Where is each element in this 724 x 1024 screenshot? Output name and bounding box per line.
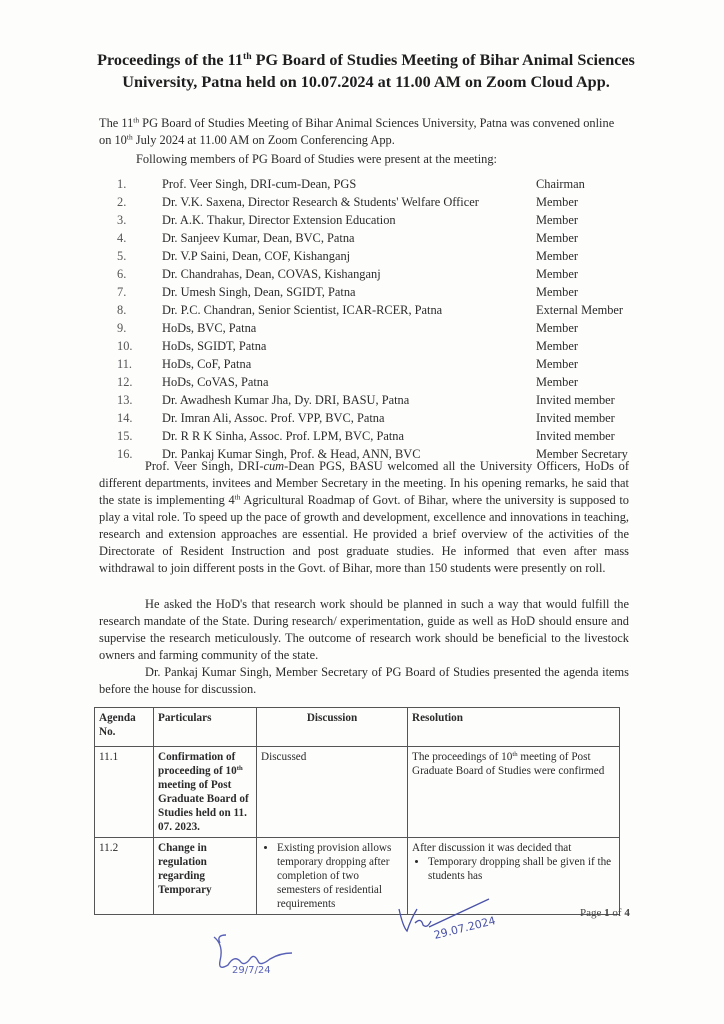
member-name: Dr. Awadhesh Kumar Jha, Dy. DRI, BASU, P… <box>162 391 409 409</box>
member-row: 11.HoDs, CoF, PatnaMember <box>0 355 724 373</box>
table-row: 11.1 Confirmation of proceeding of 10th … <box>95 747 620 838</box>
discussion: Discussed <box>257 747 408 838</box>
resolution-bullet: Temporary dropping shall be given if the… <box>428 855 615 883</box>
member-role: Member <box>536 265 578 283</box>
signature-right: 29.07.2024 <box>395 895 525 950</box>
table-header-row: Agenda No. Particulars Discussion Resolu… <box>95 708 620 747</box>
member-role: Chairman <box>536 175 585 193</box>
research-paragraph: He asked the HoD's that research work sh… <box>99 596 629 664</box>
member-name: Prof. Veer Singh, DRI-cum-Dean, PGS <box>162 175 356 193</box>
member-row: 3.Dr. A.K. Thakur, Director Extension Ed… <box>0 211 724 229</box>
member-number: 12. <box>117 373 133 391</box>
members-intro: Following members of PG Board of Studies… <box>136 151 497 168</box>
member-number: 15. <box>117 427 133 445</box>
member-name: HoDs, CoVAS, Patna <box>162 373 268 391</box>
member-name: Dr. V.P Saini, Dean, COF, Kishanganj <box>162 247 350 265</box>
agenda-no: 11.2 <box>95 838 154 915</box>
resolution-intro: After discussion it was decided that <box>412 841 615 855</box>
member-role: Invited member <box>536 391 615 409</box>
svg-text:29/7/24: 29/7/24 <box>232 965 271 976</box>
discussion: Existing provision allows temporary drop… <box>257 838 408 915</box>
member-number: 10. <box>117 337 133 355</box>
member-number: 13. <box>117 391 133 409</box>
particulars: Change in regulation regarding Temporary <box>154 838 257 915</box>
member-number: 6. <box>117 265 126 283</box>
page-number: Page 1 of 4 <box>580 907 630 919</box>
member-row: 10.HoDs, SGIDT, PatnaMember <box>0 337 724 355</box>
document-page: Proceedings of the 11th PG Board of Stud… <box>0 0 724 1024</box>
table-row: 11.2 Change in regulation regarding Temp… <box>95 838 620 915</box>
member-number: 14. <box>117 409 133 427</box>
member-name: Dr. A.K. Thakur, Director Extension Educ… <box>162 211 396 229</box>
member-name: Dr. Imran Ali, Assoc. Prof. VPP, BVC, Pa… <box>162 409 384 427</box>
member-row: 7.Dr. Umesh Singh, Dean, SGIDT, PatnaMem… <box>0 283 724 301</box>
member-number: 1. <box>117 175 126 193</box>
member-row: 1.Prof. Veer Singh, DRI-cum-Dean, PGSCha… <box>0 175 724 193</box>
member-role: Member <box>536 355 578 373</box>
member-name: HoDs, CoF, Patna <box>162 355 251 373</box>
member-name: HoDs, SGIDT, Patna <box>162 337 266 355</box>
member-number: 5. <box>117 247 126 265</box>
member-number: 2. <box>117 193 126 211</box>
member-number: 3. <box>117 211 126 229</box>
member-role: External Member <box>536 301 623 319</box>
member-number: 8. <box>117 301 126 319</box>
header-resolution: Resolution <box>408 708 620 747</box>
header-particulars: Particulars <box>154 708 257 747</box>
member-row: 15.Dr. R R K Sinha, Assoc. Prof. LPM, BV… <box>0 427 724 445</box>
member-number: 11. <box>117 355 132 373</box>
welcome-paragraph: Prof. Veer Singh, DRI-cum-Dean PGS, BASU… <box>99 458 629 577</box>
member-role: Member <box>536 283 578 301</box>
member-role: Invited member <box>536 427 615 445</box>
agenda-no: 11.1 <box>95 747 154 838</box>
member-row: 6.Dr. Chandrahas, Dean, COVAS, Kishangan… <box>0 265 724 283</box>
agenda-table: Agenda No. Particulars Discussion Resolu… <box>94 707 620 915</box>
member-role: Invited member <box>536 409 615 427</box>
signature-left: 29/7/24 <box>200 925 310 985</box>
agenda-intro-paragraph: Dr. Pankaj Kumar Singh, Member Secretary… <box>99 664 629 698</box>
member-number: 7. <box>117 283 126 301</box>
member-role: Member <box>536 373 578 391</box>
member-role: Member <box>536 247 578 265</box>
intro-paragraph: The 11th PG Board of Studies Meeting of … <box>99 115 629 149</box>
document-title: Proceedings of the 11th PG Board of Stud… <box>96 49 636 93</box>
particulars: Confirmation of proceeding of 10th meeti… <box>154 747 257 838</box>
header-agenda-no: Agenda No. <box>95 708 154 747</box>
member-role: Member <box>536 319 578 337</box>
member-name: Dr. Chandrahas, Dean, COVAS, Kishanganj <box>162 265 381 283</box>
member-name: Dr. Sanjeev Kumar, Dean, BVC, Patna <box>162 229 355 247</box>
member-role: Member <box>536 193 578 211</box>
member-row: 9.HoDs, BVC, PatnaMember <box>0 319 724 337</box>
member-row: 4.Dr. Sanjeev Kumar, Dean, BVC, PatnaMem… <box>0 229 724 247</box>
resolution: The proceedings of 10th meeting of Post … <box>408 747 620 838</box>
member-name: Dr. Umesh Singh, Dean, SGIDT, Patna <box>162 283 356 301</box>
member-number: 4. <box>117 229 126 247</box>
member-row: 5.Dr. V.P Saini, Dean, COF, KishanganjMe… <box>0 247 724 265</box>
member-role: Member <box>536 229 578 247</box>
header-discussion: Discussion <box>257 708 408 747</box>
member-role: Member <box>536 337 578 355</box>
member-name: Dr. P.C. Chandran, Senior Scientist, ICA… <box>162 301 442 319</box>
member-role: Member <box>536 211 578 229</box>
member-row: 12.HoDs, CoVAS, PatnaMember <box>0 373 724 391</box>
member-row: 2.Dr. V.K. Saxena, Director Research & S… <box>0 193 724 211</box>
svg-text:29.07.2024: 29.07.2024 <box>433 914 497 942</box>
member-row: 8.Dr. P.C. Chandran, Senior Scientist, I… <box>0 301 724 319</box>
member-name: Dr. V.K. Saxena, Director Research & Stu… <box>162 193 479 211</box>
member-name: Dr. R R K Sinha, Assoc. Prof. LPM, BVC, … <box>162 427 404 445</box>
member-name: HoDs, BVC, Patna <box>162 319 256 337</box>
discussion-bullet: Existing provision allows temporary drop… <box>277 841 403 911</box>
member-row: 13.Dr. Awadhesh Kumar Jha, Dy. DRI, BASU… <box>0 391 724 409</box>
member-row: 14.Dr. Imran Ali, Assoc. Prof. VPP, BVC,… <box>0 409 724 427</box>
member-number: 9. <box>117 319 126 337</box>
